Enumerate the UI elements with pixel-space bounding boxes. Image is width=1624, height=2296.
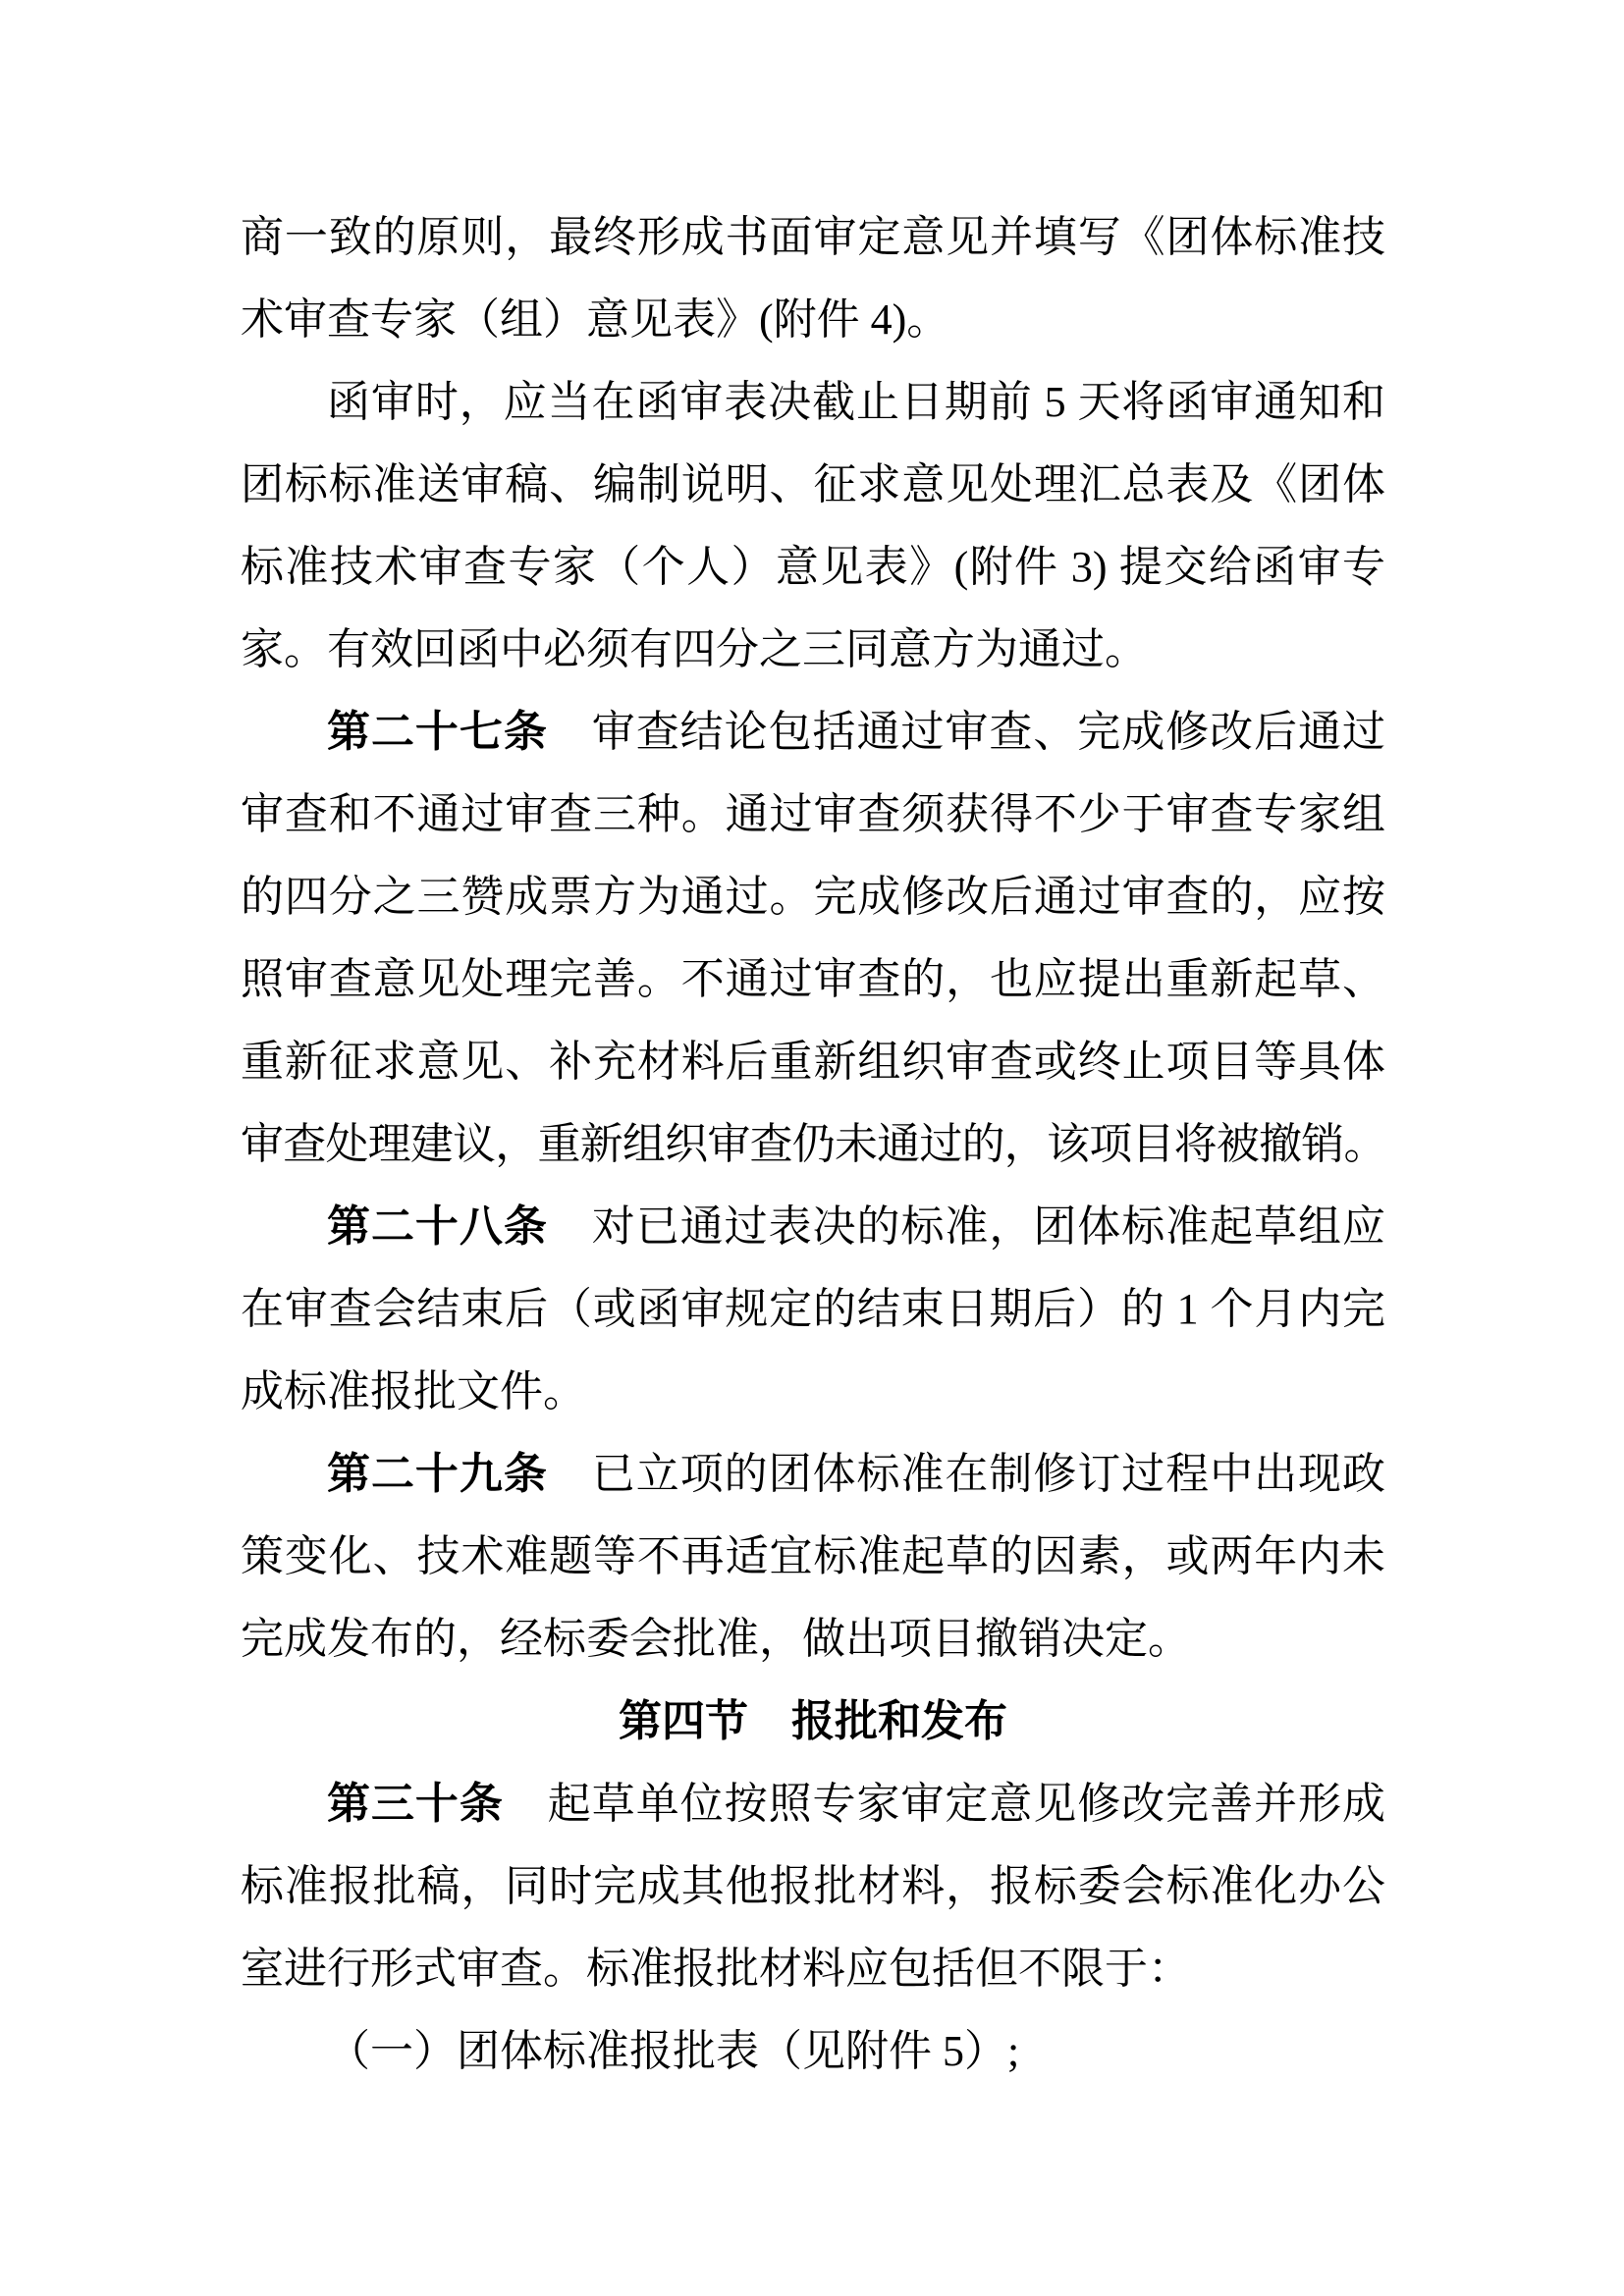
text-run: 对已通过表决的标准，团体标准起草组应 [548,1202,1385,1251]
text-run: 标准技术审查专家（个人）意见表》(附件 3) 提交给函审专 [241,543,1385,591]
text-line: 商一致的原则，最终形成书面审定意见并填写《团体标准技 [241,196,1385,279]
text-line: 函审时，应当在函审表决截止日期前 5 天将函审通知和 [241,361,1385,444]
text-line: 家。有效回函中必须有四分之三同意方为通过。 [241,609,1385,691]
text-run: 起草单位按照专家审定意见修改完善并形成 [504,1780,1385,1828]
text-run: 的四分之三赞成票方为通过。完成修改后通过审查的，应按 [241,873,1385,921]
text-line: 完成发布的，经标委会批准，做出项目撤销决定。 [241,1598,1385,1681]
document-page: 商一致的原则，最终形成书面审定意见并填写《团体标准技术审查专家（组）意见表》(附… [0,0,1624,2296]
text-line: 成标准报批文件。 [241,1351,1385,1433]
text-line: 照审查意见处理完善。不通过审查的，也应提出重新起草、 [241,938,1385,1021]
text-line: 团标标准送审稿、编制说明、征求意见处理汇总表及《团体 [241,444,1385,526]
text-line: 审查和不通过审查三种。通过审查须获得不少于审查专家组 [241,774,1385,856]
text-line: 标准技术审查专家（个人）意见表》(附件 3) 提交给函审专 [241,526,1385,609]
text-run: 已立项的团体标准在制修订过程中出现政 [548,1450,1385,1498]
text-run: 团标标准送审稿、编制说明、征求意见处理汇总表及《团体 [241,460,1385,508]
text-run: 审查处理建议，重新组织审查仍未通过的，该项目将被撤销。 [241,1120,1385,1168]
bold-text-run: 第四节 报批和发布 [619,1697,1007,1745]
text-run: 室进行形式审查。标准报批材料应包括但不限于： [241,1945,1191,1993]
text-run: 在审查会结束后（或函审规定的结束日期后）的 1 个月内完 [241,1285,1385,1333]
text-run: 审查结论包括通过审查、完成修改后通过 [548,708,1385,756]
text-line: 审查处理建议，重新组织审查仍未通过的，该项目将被撤销。 [241,1103,1385,1186]
section-heading: 第四节 报批和发布 [241,1681,1385,1763]
text-run: 审查和不通过审查三种。通过审查须获得不少于审查专家组 [241,790,1385,838]
document-lines: 商一致的原则，最终形成书面审定意见并填写《团体标准技术审查专家（组）意见表》(附… [241,196,1385,2093]
text-run: 成标准报批文件。 [241,1367,586,1415]
text-line: 在审查会结束后（或函审规定的结束日期后）的 1 个月内完 [241,1268,1385,1351]
text-run: 策变化、技术难题等不再适宜标准起草的因素，或两年内未 [241,1532,1385,1580]
text-line: 室进行形式审查。标准报批材料应包括但不限于： [241,1928,1385,2010]
text-run: （一）团体标准报批表（见附件 5）; [327,2027,1019,2075]
text-run: 函审时，应当在函审表决截止日期前 5 天将函审通知和 [327,378,1385,426]
text-line: 策变化、技术难题等不再适宜标准起草的因素，或两年内未 [241,1516,1385,1598]
text-run: 重新征求意见、补充材料后重新组织审查或终止项目等具体 [241,1038,1385,1086]
text-run: 术审查专家（组）意见表》(附件 4)。 [241,295,949,344]
text-run: 标准报批稿，同时完成其他报批材料，报标委会标准化办公 [241,1862,1385,1910]
bold-text-run: 第三十条 [327,1780,504,1828]
text-line: （一）团体标准报批表（见附件 5）; [241,2010,1385,2093]
text-line: 的四分之三赞成票方为通过。完成修改后通过审查的，应按 [241,856,1385,938]
text-line: 第二十九条 已立项的团体标准在制修订过程中出现政 [241,1433,1385,1516]
bold-text-run: 第二十八条 [327,1202,548,1251]
text-line: 第三十条 起草单位按照专家审定意见修改完善并形成 [241,1763,1385,1845]
bold-text-run: 第二十九条 [327,1450,548,1498]
text-run: 家。有效回函中必须有四分之三同意方为通过。 [241,625,1148,673]
text-line: 重新征求意见、补充材料后重新组织审查或终止项目等具体 [241,1021,1385,1103]
text-run: 完成发布的，经标委会批准，做出项目撤销决定。 [241,1615,1191,1663]
text-line: 第二十八条 对已通过表决的标准，团体标准起草组应 [241,1186,1385,1268]
text-run: 商一致的原则，最终形成书面审定意见并填写《团体标准技 [241,213,1385,261]
text-line: 标准报批稿，同时完成其他报批材料，报标委会标准化办公 [241,1845,1385,1928]
text-run: 照审查意见处理完善。不通过审查的，也应提出重新起草、 [241,955,1385,1003]
text-line: 术审查专家（组）意见表》(附件 4)。 [241,279,1385,361]
bold-text-run: 第二十七条 [327,708,548,756]
text-line: 第二十七条 审查结论包括通过审查、完成修改后通过 [241,691,1385,774]
